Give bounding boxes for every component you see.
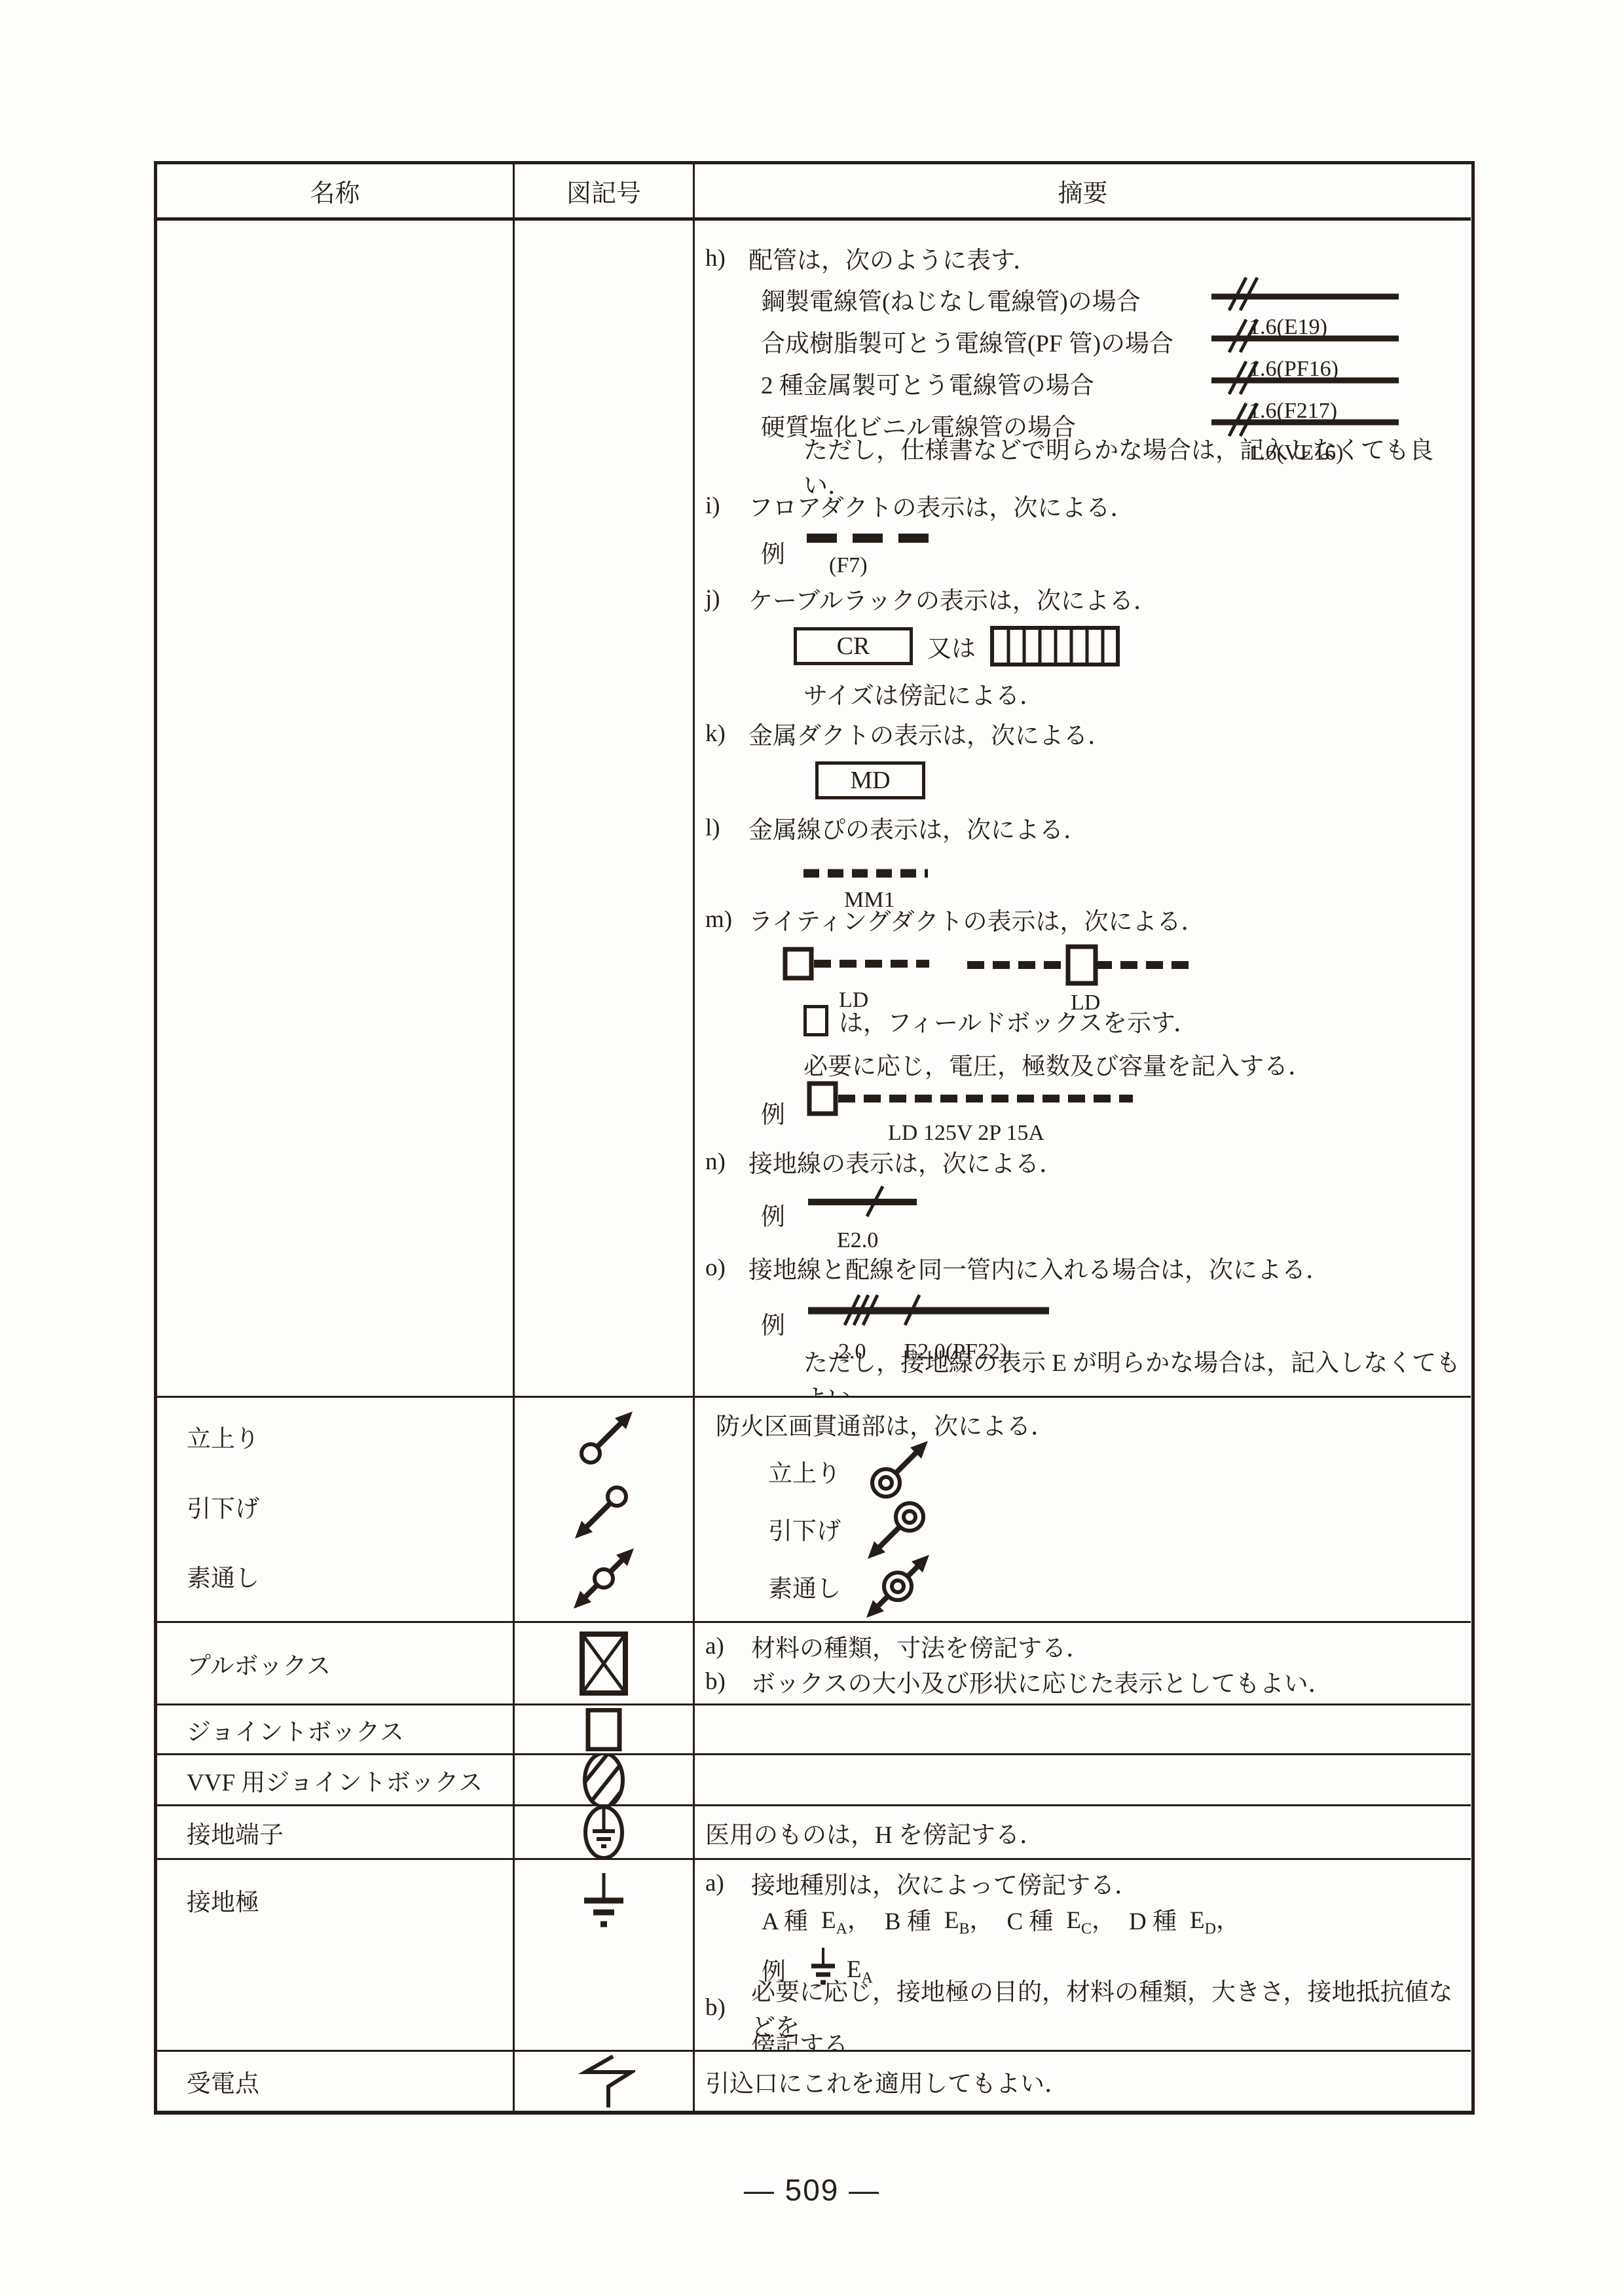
- row-vvf-joint-box: VVF 用ジョイントボックス: [157, 1755, 1471, 1806]
- electrode-note-a: a) 接地種別は，次によって傍記する．: [705, 1865, 1471, 1901]
- header-symbol: 図記号: [515, 164, 695, 221]
- conduit-line-icon: [1209, 274, 1401, 312]
- row-rise-drop-through: 立上り 引下げ 素通し 防火区画貫通部は，次による．: [157, 1398, 1471, 1623]
- example-label: 例: [761, 1095, 807, 1130]
- ground-terminal-note: 医用のものは，H を傍記する．: [705, 1806, 1471, 1858]
- ground-wire-line-icon: [807, 1176, 918, 1223]
- note-text: 金属ダクトの表示は，次による．: [748, 716, 1112, 751]
- symbol-table: 名称 図記号 摘要 h) 配管は，次のように表す． 鋼製電線管(ねじなし電線管)…: [154, 161, 1475, 2115]
- symbol-cell-empty: [515, 221, 695, 1398]
- note-j-title: j) ケーブルラックの表示は，次による．: [705, 578, 1471, 619]
- item-label: n): [705, 1148, 748, 1176]
- item-label: i): [705, 492, 748, 520]
- item-label: o): [705, 1254, 748, 1282]
- name-ground-electrode: 接地極: [157, 1860, 515, 2052]
- name-pull-box: プルボックス: [157, 1623, 515, 1705]
- symbol-ground-electrode: [515, 1860, 695, 2052]
- item-label: b): [705, 1994, 751, 2022]
- conduit-text: 合成樹脂製可とう電線管(PF 管)の場合: [761, 323, 1173, 359]
- fire-drop-item: 引下げ: [768, 1500, 1471, 1558]
- item-label: k): [705, 720, 748, 748]
- item-label: j): [705, 585, 748, 613]
- through-arrow-icon: [572, 1547, 635, 1610]
- electrode-note-b: b) 必要に応じ，接地極の目的，材料の種類，大きさ，接地抵抗値などを: [705, 1990, 1471, 2025]
- conduit-text: 硬質塩化ビニル電線管の場合: [761, 407, 1076, 443]
- receiving-point-note: 引込口にこれを適用してもよい．: [705, 2052, 1471, 2111]
- floor-duct-tag: (F7): [829, 553, 938, 578]
- note-text: ボックスの大小及び形状に応じた表示としてもよい．: [751, 1664, 1333, 1699]
- floor-duct-symbol: (F7): [807, 524, 938, 578]
- vvf-joint-box-icon: [580, 1755, 628, 1806]
- lighting-duct-example-tag: LD 125V 2P 15A: [888, 1121, 1134, 1146]
- row-receiving-point: 受電点 引込口にこれを適用してもよい．: [157, 2052, 1471, 2111]
- lighting-duct-mid-icon: [967, 943, 1195, 987]
- type-symbol: EB，: [944, 1900, 994, 1938]
- row-ground-terminal: 接地端子 医用のものは，H を傍記する．: [157, 1806, 1471, 1860]
- type-symbol: EC，: [1066, 1900, 1116, 1938]
- floor-duct-dash-icon: [807, 532, 938, 545]
- document-page: { "ink": "#251d17", "page_number": "— 50…: [0, 0, 1624, 2296]
- conduit-line-pvc: 硬質塩化ビニル電線管の場合 1.6(VE16): [705, 404, 1471, 446]
- remarks-receiving-point: 引込口にこれを適用してもよい．: [695, 2052, 1471, 2111]
- name-through: 素通し: [187, 1558, 259, 1594]
- name-ground-terminal: 接地端子: [157, 1806, 515, 1860]
- note-o-caveat: ただし，接地線の表示 E が明らかな場合は，記入しなくてもよい．: [803, 1358, 1471, 1398]
- name-cell-empty: [157, 221, 515, 1398]
- conduit-line-metal2: 2 種金属製可とう電線管の場合 1.6(F217): [705, 362, 1471, 404]
- note-m-capacity: 必要に応じ，電圧，極数及び容量を記入する．: [803, 1044, 1471, 1084]
- or-text: 又は: [927, 629, 976, 664]
- note-m-title: m) ライティングダクトの表示は，次による．: [705, 899, 1471, 939]
- ground-wire-symbol: E2.0: [807, 1176, 918, 1253]
- example-label: 例: [761, 1197, 807, 1232]
- fire-through-item: 素通し: [768, 1558, 1471, 1615]
- ground-electrode-icon: [571, 1870, 637, 1936]
- page-number: — 509 —: [0, 2172, 1624, 2208]
- cable-rack-symbols: CR 又は: [794, 619, 1471, 674]
- item-label: b): [705, 1667, 751, 1696]
- remarks-wiring-notes: h) 配管は，次のように表す． 鋼製電線管(ねじなし電線管)の場合 1.6(E1…: [695, 221, 1471, 1398]
- note-text: 材料の種類，寸法を傍記する．: [751, 1628, 1090, 1664]
- remarks-pull-box: a) 材料の種類，寸法を傍記する． b) ボックスの大小及び形状に応じた表示とし…: [695, 1623, 1471, 1705]
- cable-rack-cr-box: CR: [794, 627, 913, 665]
- name-joint-box: ジョイントボックス: [157, 1705, 515, 1755]
- remarks-ground-terminal: 医用のものは，H を傍記する．: [695, 1806, 1471, 1860]
- header-remarks: 摘要: [695, 164, 1471, 221]
- remarks-joint-box-empty: [695, 1705, 1471, 1755]
- fire-drop-label: 引下げ: [768, 1511, 864, 1546]
- row-pull-box: プルボックス a) 材料の種類，寸法を傍記する． b) ボックスの大小及び形状に…: [157, 1623, 1471, 1705]
- metal-duct-md-box: MD: [815, 761, 925, 799]
- ground-terminal-icon: [581, 1806, 627, 1860]
- symbol-vvf-joint-box: [515, 1755, 695, 1806]
- note-j-size: サイズは傍記による．: [803, 674, 1471, 713]
- type-kind: D 種: [1129, 1901, 1177, 1937]
- symbols-rise-drop-through: [515, 1398, 695, 1623]
- ground-wire-example: 例 E2.0: [761, 1182, 1471, 1247]
- conduit-symbol: 1.6(VE16): [1209, 400, 1401, 465]
- note-text: 接地線の表示は，次による．: [748, 1144, 1063, 1179]
- note-k-title: k) 金属ダクトの表示は，次による．: [705, 713, 1471, 754]
- type-kind: C 種: [1006, 1901, 1053, 1937]
- example-label: 例: [761, 1305, 807, 1341]
- type-kind: A 種: [762, 1901, 808, 1937]
- conduit-line-icon: [1209, 316, 1401, 354]
- symbol-ground-terminal: [515, 1806, 695, 1860]
- conduit-text: 鋼製電線管(ねじなし電線管)の場合: [761, 282, 1141, 317]
- receiving-point-icon: [572, 2052, 635, 2110]
- row-joint-box: ジョイントボックス: [157, 1705, 1471, 1755]
- fieldbox-note-line: は，フィールドボックスを示す．: [803, 997, 1471, 1044]
- header-name: 名称: [157, 164, 515, 221]
- field-box-icon: [803, 1005, 828, 1036]
- conduit-line-steel: 鋼製電線管(ねじなし電線管)の場合 1.6(E19): [705, 278, 1471, 320]
- conduit-line-icon: [1209, 358, 1401, 396]
- table-header-row: 名称 図記号 摘要: [157, 164, 1471, 221]
- item-label: a): [705, 1869, 751, 1897]
- conduit-line-pf: 合成樹脂製可とう電線管(PF 管)の場合 1.6(PF16): [705, 320, 1471, 362]
- note-text: 接地種別は，次によって傍記する．: [751, 1865, 1139, 1901]
- note-text: フロアダクトの表示は，次による．: [748, 488, 1134, 523]
- lighting-duct-mid-symbol: LD: [967, 943, 1195, 997]
- item-label: h): [705, 244, 748, 272]
- lighting-duct-example: 例 LD 125V 2P 15A: [761, 1084, 1471, 1141]
- fire-rise-label: 立上り: [768, 1453, 864, 1489]
- fire-compartment-title: 防火区画貫通部は，次による．: [716, 1406, 1471, 1442]
- lighting-duct-end-symbol: LD: [783, 943, 931, 997]
- item-label: a): [705, 1632, 751, 1660]
- remarks-vvf-empty: [695, 1755, 1471, 1806]
- metal-duct-symbol: MD: [815, 754, 1471, 807]
- lighting-duct-symbols: LD LD: [783, 939, 1471, 997]
- name-receiving-point: 受電点: [157, 2052, 515, 2111]
- lighting-duct-example-symbol: LD 125V 2P 15A: [807, 1079, 1134, 1146]
- symbol-pull-box: [515, 1623, 695, 1705]
- row-wiring-notes: h) 配管は，次のように表す． 鋼製電線管(ねじなし電線管)の場合 1.6(E1…: [157, 221, 1471, 1398]
- pull-box-note-a: a) 材料の種類，寸法を傍記する．: [705, 1628, 1471, 1664]
- cable-rack-ladder-icon: [990, 625, 1120, 667]
- note-text: ライティングダクトの表示は，次による．: [748, 902, 1205, 937]
- note-text: ケーブルラックの表示は，次による．: [748, 581, 1158, 616]
- note-text: 配管は，次のように表す．: [748, 240, 1037, 276]
- note-text: は，フィールドボックスを示す．: [839, 1003, 1198, 1038]
- lighting-duct-end-icon: [783, 943, 931, 984]
- type-symbol: ED，: [1190, 1900, 1240, 1938]
- symbol-joint-box: [515, 1705, 695, 1755]
- example-label: 例: [761, 534, 807, 570]
- electrode-type-list: A 種 EA， B 種 EB， C 種 EC， D 種 ED，: [762, 1901, 1471, 1937]
- name-rise-drop-through: 立上り 引下げ 素通し: [157, 1398, 515, 1623]
- rise-arrow-icon: [572, 1409, 635, 1472]
- item-label: m): [705, 905, 748, 934]
- item-label: l): [705, 814, 748, 842]
- pull-box-notes: a) 材料の種類，寸法を傍記する． b) ボックスの大小及び形状に応じた表示とし…: [705, 1623, 1471, 1699]
- metal-molding-dash-icon: [803, 868, 928, 880]
- conduit-tag: 1.6(VE16): [1249, 441, 1401, 465]
- lighting-duct-example-icon: [807, 1079, 1134, 1117]
- fire-rise-item: 立上り: [768, 1442, 1471, 1500]
- note-text: 金属線ぴの表示は，次による．: [748, 810, 1088, 845]
- drop-arrow-icon: [572, 1478, 635, 1541]
- fire-through-label: 素通し: [768, 1569, 864, 1604]
- conduit-line-icon: [1209, 400, 1401, 438]
- remarks-fire-compartment: 防火区画貫通部は，次による． 立上り 引下げ: [695, 1398, 1471, 1623]
- name-rise: 立上り: [187, 1419, 259, 1454]
- floor-duct-example: 例 (F7): [761, 526, 1471, 578]
- symbol-receiving-point: [515, 2052, 695, 2111]
- remarks-ground-electrode: a) 接地種別は，次によって傍記する． A 種 EA， B 種 EB， C 種 …: [695, 1860, 1471, 2052]
- type-symbol: EA，: [821, 1900, 872, 1938]
- note-text: 接地線と配線を同一管内に入れる場合は，次による．: [748, 1250, 1330, 1285]
- name-vvf-joint-box: VVF 用ジョイントボックス: [157, 1755, 515, 1806]
- note-l-title: l) 金属線ぴの表示は，次による．: [705, 807, 1471, 848]
- metal-molding-symbol: MM1: [803, 848, 1471, 899]
- fire-through-arrow-icon: [864, 1552, 932, 1620]
- note-text: 傍記する．: [751, 2025, 872, 2052]
- note-h-title: h) 配管は，次のように表す．: [705, 238, 1471, 278]
- type-kind: B 種: [885, 1901, 931, 1937]
- pull-box-icon: [576, 1631, 631, 1696]
- ground-with-wiring-line-icon: [807, 1282, 1050, 1334]
- joint-box-icon: [585, 1708, 622, 1751]
- pull-box-note-b: b) ボックスの大小及び形状に応じた表示としてもよい．: [705, 1664, 1471, 1699]
- conduit-text: 2 種金属製可とう電線管の場合: [761, 365, 1094, 401]
- row-ground-electrode: 接地極 a) 接地種別は，次によって傍記する． A 種 EA， B 種 EB， …: [157, 1860, 1471, 2052]
- name-drop: 引下げ: [187, 1489, 259, 1524]
